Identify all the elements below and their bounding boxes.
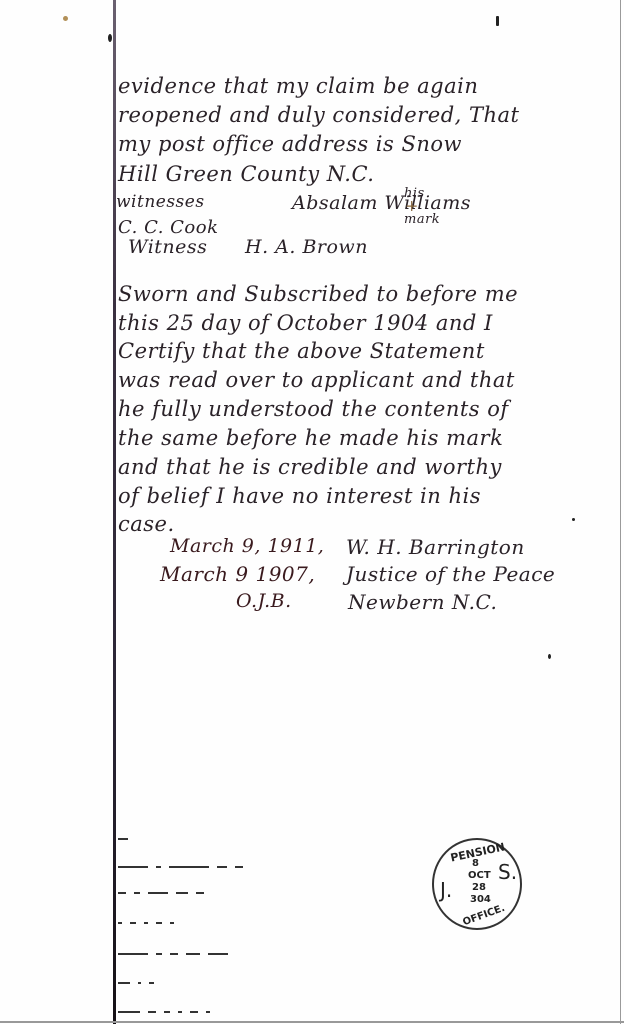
- official-name: W. H. Barrington: [346, 535, 525, 559]
- stamp-date-4: 304: [470, 894, 491, 905]
- jurat-line: he fully understood the contents of: [118, 397, 509, 421]
- official-location: Newbern N.C.: [348, 590, 497, 614]
- annotation-initials: O.J.B.: [236, 590, 292, 612]
- jurat-line: and that he is credible and worthy: [118, 455, 502, 479]
- ruled-line: [118, 838, 136, 840]
- ruled-line: [118, 1011, 218, 1013]
- stamp-letter-left: J.: [440, 878, 452, 902]
- stamp-date-3: 28: [472, 882, 486, 893]
- jurat-line: this 25 day of October 1904 and I: [118, 311, 493, 335]
- witnesses-label: witnesses: [116, 192, 205, 212]
- ink-speck: [496, 16, 499, 26]
- document-page: evidence that my claim be again reopened…: [0, 0, 624, 1024]
- witness-2-name: H. A. Brown: [245, 236, 368, 258]
- body-line: reopened and duly considered, That: [118, 103, 519, 127]
- pension-office-stamp: PENSION J. S. 8 OCT 28 304 OFFICE.: [432, 838, 522, 930]
- ruled-line: [118, 922, 182, 924]
- jurat-line: the same before he made his mark: [118, 426, 503, 450]
- ink-speck: [548, 654, 551, 659]
- jurat-line: Certify that the above Statement: [118, 339, 485, 363]
- official-title: Justice of the Peace: [346, 562, 555, 586]
- ink-speck: [108, 34, 112, 42]
- stamp-bottom-text: OFFICE.: [461, 903, 506, 928]
- left-margin-rule: [113, 0, 116, 1024]
- body-line: my post office address is Snow: [118, 132, 462, 156]
- ruled-line: [118, 892, 212, 894]
- ruled-line: [118, 866, 251, 868]
- jurat-line: case.: [118, 512, 175, 536]
- stamp-date-2: OCT: [468, 870, 491, 881]
- body-line: evidence that my claim be again: [118, 74, 478, 98]
- ruled-line: [118, 953, 236, 955]
- page-right-edge: [620, 0, 621, 1024]
- body-line: Hill Green County N.C.: [118, 162, 374, 186]
- annotation-date-2: March 9 1907,: [160, 562, 315, 586]
- claimant-name: Absalam Williams: [292, 192, 471, 214]
- stamp-letter-right: S.: [498, 860, 517, 884]
- witness-1-name: C. C. Cook: [118, 217, 219, 238]
- jurat-line: of belief I have no interest in his: [118, 484, 481, 508]
- ink-speck: [63, 16, 68, 21]
- witness-2-label: Witness: [128, 236, 207, 258]
- ruled-line: [118, 982, 162, 984]
- jurat-line: Sworn and Subscribed to before me: [118, 282, 518, 306]
- page-bottom-edge: [0, 1021, 624, 1023]
- mark-label: mark: [404, 212, 440, 227]
- annotation-date-1: March 9, 1911,: [170, 535, 324, 557]
- stamp-date-1: 8: [472, 858, 479, 869]
- ink-speck: [572, 518, 575, 521]
- jurat-line: was read over to applicant and that: [118, 368, 515, 392]
